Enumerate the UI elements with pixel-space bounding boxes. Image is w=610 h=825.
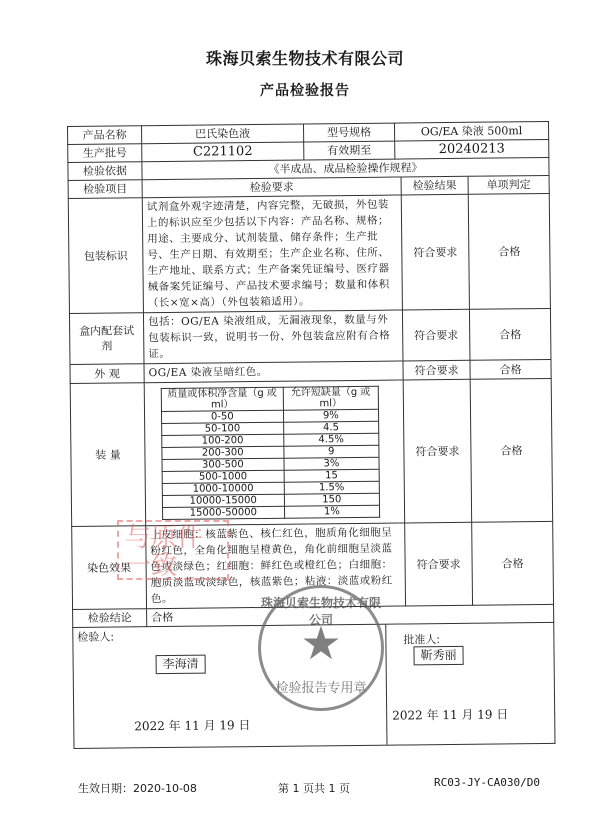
model-label: 型号规格: [303, 123, 394, 142]
col-judgement-header: 单项判定: [468, 175, 549, 194]
effective-date: 生效日期：2020-10-08: [78, 780, 197, 796]
inspector-name: 李海清: [156, 655, 206, 675]
allowed-shortage: 9%: [283, 409, 378, 422]
subtable-row: 15000-500001%: [163, 505, 380, 519]
net-content-range: 15000-50000: [163, 506, 285, 519]
item-result: 符合要求: [403, 360, 470, 380]
row-item: 染色效果 上皮细胞：核蓝紫色、核仁红色，胞质角化细胞呈粉红色，全角化细胞呈橙黄色…: [72, 521, 554, 609]
approver-date: 2022 年 11 月 19 日: [392, 707, 508, 723]
item-judgement: 合格: [472, 521, 554, 605]
model-value: OG/EA 染液 500ml: [394, 121, 548, 141]
item-name: 外 观: [70, 364, 144, 384]
product-name-value: 巴氏染色液: [142, 124, 304, 144]
subtable-header: 质量或体积净含量（g 或 ml）: [161, 387, 283, 411]
allowed-shortage: 4.5%: [283, 433, 378, 446]
subtable-header-row: 质量或体积净含量（g 或 ml） 允许短缺量（g 或 ml）: [161, 386, 378, 411]
page-number: 第 1 页共 1 页: [278, 780, 350, 796]
item-name: 盒内配套试剂: [69, 313, 144, 365]
item-name: 染色效果: [72, 526, 147, 610]
inspector-label: 检验人:: [77, 630, 114, 645]
fill-volume-subtable: 质量或体积净含量（g 或 ml） 允许短缺量（g 或 ml） 0-509%50-…: [161, 386, 380, 520]
item-requirement: 上皮细胞：核蓝紫色、核仁红色，胞质角化细胞呈粉红色，全角化细胞呈橙黄色，角化前细…: [146, 523, 406, 609]
expiry-label: 有效期至: [304, 141, 395, 160]
signature-divider: [385, 625, 387, 745]
batch-value: C221102: [142, 142, 304, 162]
batch-label: 生产批号: [68, 144, 142, 163]
report-title: 产品检验报告: [0, 80, 610, 100]
row-signatures: 检验人: 李海清 2022 年 11 月 19 日 批准人: 靳秀丽 2022 …: [73, 622, 555, 748]
inspection-report-table: 产品名称 巴氏染色液 型号规格 OG/EA 染液 500ml 生产批号 C221…: [67, 121, 555, 749]
inspector-date: 2022 年 11 月 19 日: [134, 718, 250, 734]
allowed-shortage: 1%: [284, 505, 379, 518]
allowed-shortage: 9: [283, 445, 378, 458]
row-item-fill-volume: 装 量 质量或体积净含量（g 或 ml） 允许短缺量（g 或 ml） 0-509…: [70, 378, 552, 526]
product-name-label: 产品名称: [68, 126, 142, 145]
approver-name: 靳秀丽: [413, 646, 463, 666]
col-item-header: 检验项目: [68, 180, 142, 199]
basis-label: 检验依据: [68, 162, 142, 181]
subtable-header: 允许短缺量（g 或 ml）: [283, 386, 379, 410]
allowed-shortage: 3%: [284, 457, 379, 470]
col-result-header: 检验结果: [401, 176, 468, 195]
expiry-value: 20240213: [395, 139, 549, 159]
item-judgement: 合格: [468, 193, 550, 309]
allowed-shortage: 4.5: [283, 421, 378, 434]
item-requirement: 试剂盒外观字迹清楚，内容完整，无破损，外包装上的标识应至少包括以下内容：产品名称…: [142, 195, 402, 313]
item-requirement: 包括：OG/EA 染液组成，无漏液现象，数量与外包装标识一致，说明书一份、外包装…: [143, 310, 403, 364]
item-name: 装 量: [70, 383, 145, 527]
allowed-shortage: 150: [284, 493, 379, 506]
item-result: 符合要求: [401, 194, 469, 310]
subtable-body: 0-509%50-1004.5100-2004.5%200-3009300-50…: [161, 409, 379, 519]
item-result: 符合要求: [403, 379, 471, 523]
row-item: 包装标识 试剂盒外观字迹清楚，内容完整，无破损，外包装上的标识应至少包括以下内容…: [68, 193, 550, 313]
document-code: RC03-JY-CA030/D0: [434, 776, 540, 789]
item-judgement: 合格: [470, 378, 552, 522]
item-requirement: 质量或体积净含量（g 或 ml） 允许短缺量（g 或 ml） 0-509%50-…: [144, 380, 404, 526]
item-result: 符合要求: [402, 309, 470, 361]
allowed-shortage: 15: [284, 469, 379, 482]
item-judgement: 合格: [470, 359, 551, 379]
item-name: 包装标识: [68, 198, 143, 314]
item-result: 符合要求: [405, 522, 473, 606]
allowed-shortage: 1.5%: [284, 481, 379, 494]
conclusion-label: 检验结论: [73, 609, 147, 628]
company-name: 珠海贝索生物技术有限公司: [0, 46, 610, 69]
signature-area: 检验人: 李海清 2022 年 11 月 19 日 批准人: 靳秀丽 2022 …: [73, 622, 555, 748]
item-judgement: 合格: [469, 308, 551, 360]
row-item: 盒内配套试剂 包括：OG/EA 染液组成，无漏液现象，数量与外包装标识一致，说明…: [69, 308, 551, 364]
